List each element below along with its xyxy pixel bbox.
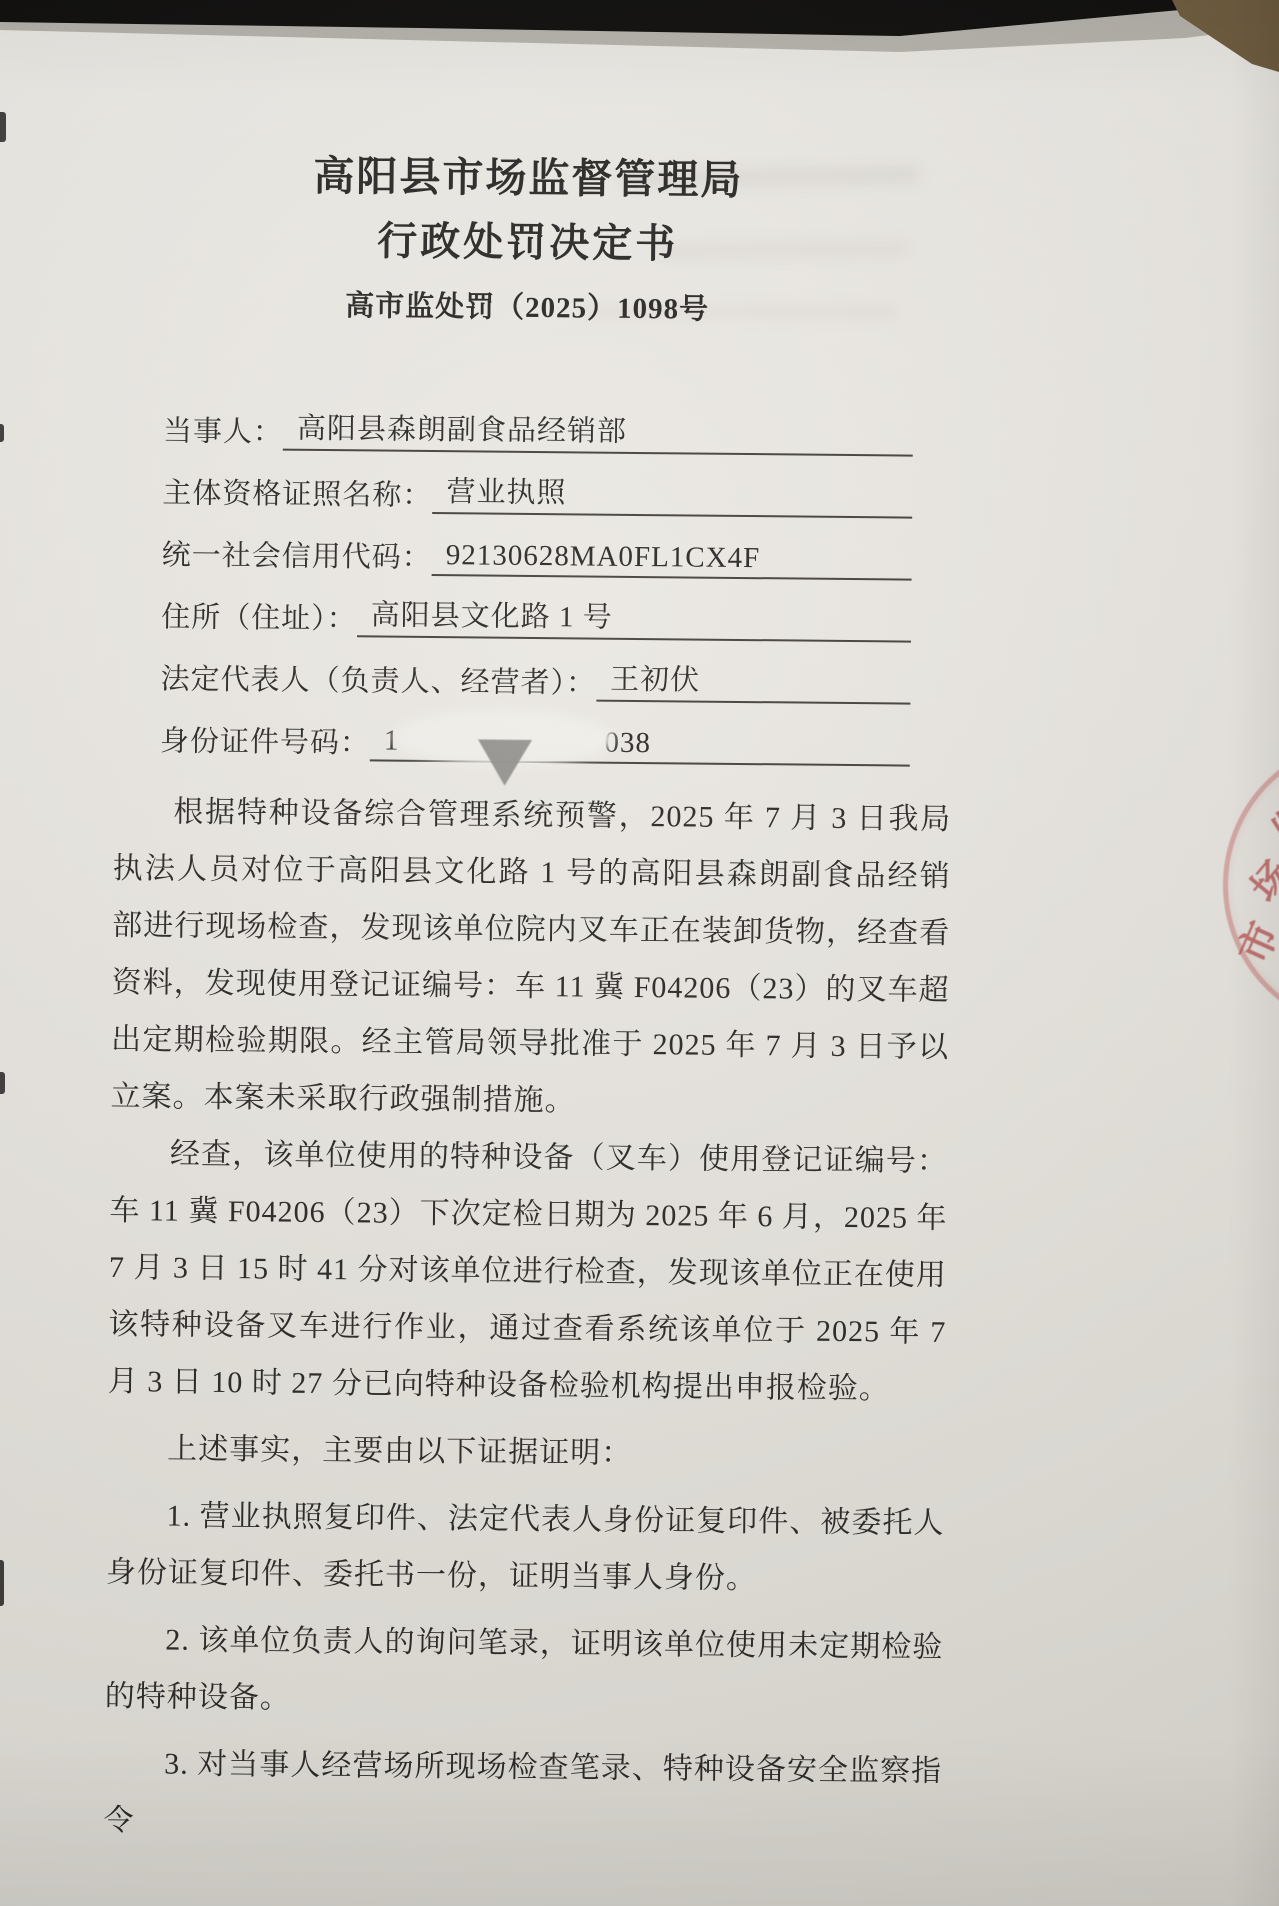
field-label: 当事人： [163,408,283,450]
field-row-license-name: 主体资格证照名称： 营业执照 [162,477,912,518]
body-text: 根据特种设备综合管理系统预警，2025 年 7 月 3 日我局执法人员对位于高阳… [103,783,951,1857]
doc-title-type: 行政处罚决定书 [98,207,959,272]
document-photo: 高阳县市场监督管理局 行政处罚决定书 高市监处罚（2025）1098号 当事人：… [0,0,1279,1906]
field-row-id-number: 身份证件号码： 1038 [160,725,910,766]
paragraph-evidence-1: 1. 营业执照复印件、法定代表人身份证复印件、被委托人身份证复印件、委托书一份，… [106,1487,945,1609]
field-list: 当事人： 高阳县森朗副食品经销部 主体资格证照名称： 营业执照 统一社会信用代码… [160,415,914,794]
paragraph-evidence-3: 3. 对当事人经营场所现场检查笔录、特种设备安全监察指令 [103,1735,942,1857]
field-value: 高阳县文化路 1 号 [357,592,912,642]
field-row-party: 当事人： 高阳县森朗副食品经销部 [163,415,913,456]
field-value: 92130628MA0FL1CX4F [432,539,912,581]
paragraph-evidence-intro: 上述事实，主要由以下证据证明： [107,1420,946,1485]
document-sheet: 高阳县市场监督管理局 行政处罚决定书 高市监处罚（2025）1098号 当事人：… [0,0,1279,1906]
doc-number: 高市监处罚（2025）1098号 [97,281,957,330]
field-row-credit-code: 统一社会信用代码： 92130628MA0FL1CX4F [162,539,912,580]
field-value: 营业执照 [432,469,912,519]
triangle-watermark-icon [478,739,532,786]
field-row-address: 住所（住址）： 高阳县文化路 1 号 [161,601,911,642]
field-value: 高阳县森朗副食品经销部 [283,406,913,457]
field-value: 王初伏 [596,657,911,705]
field-label: 身份证件号码： [160,718,370,761]
field-label: 主体资格证照名称： [162,470,432,514]
field-label: 统一社会信用代码： [162,532,432,576]
paragraph-evidence-2: 2. 该单位负责人的询问笔录，证明该单位使用未定期检验的特种设备。 [105,1611,944,1733]
field-row-representative: 法定代表人（负责人、经营者）： 王初伏 [160,663,910,704]
paragraph-investigation: 经查，该单位使用的特种设备（叉车）使用登记证编号：车 11 冀 F04206（2… [108,1125,949,1418]
paragraph-case-origin: 根据特种设备综合管理系统预警，2025 年 7 月 3 日我局执法人员对位于高阳… [110,783,951,1133]
field-label: 住所（住址）： [161,594,357,637]
field-label: 法定代表人（负责人、经营者）： [160,656,596,701]
field-value: 1038 [370,724,910,766]
doc-title-agency: 高阳县市场监督管理局 [98,141,959,208]
